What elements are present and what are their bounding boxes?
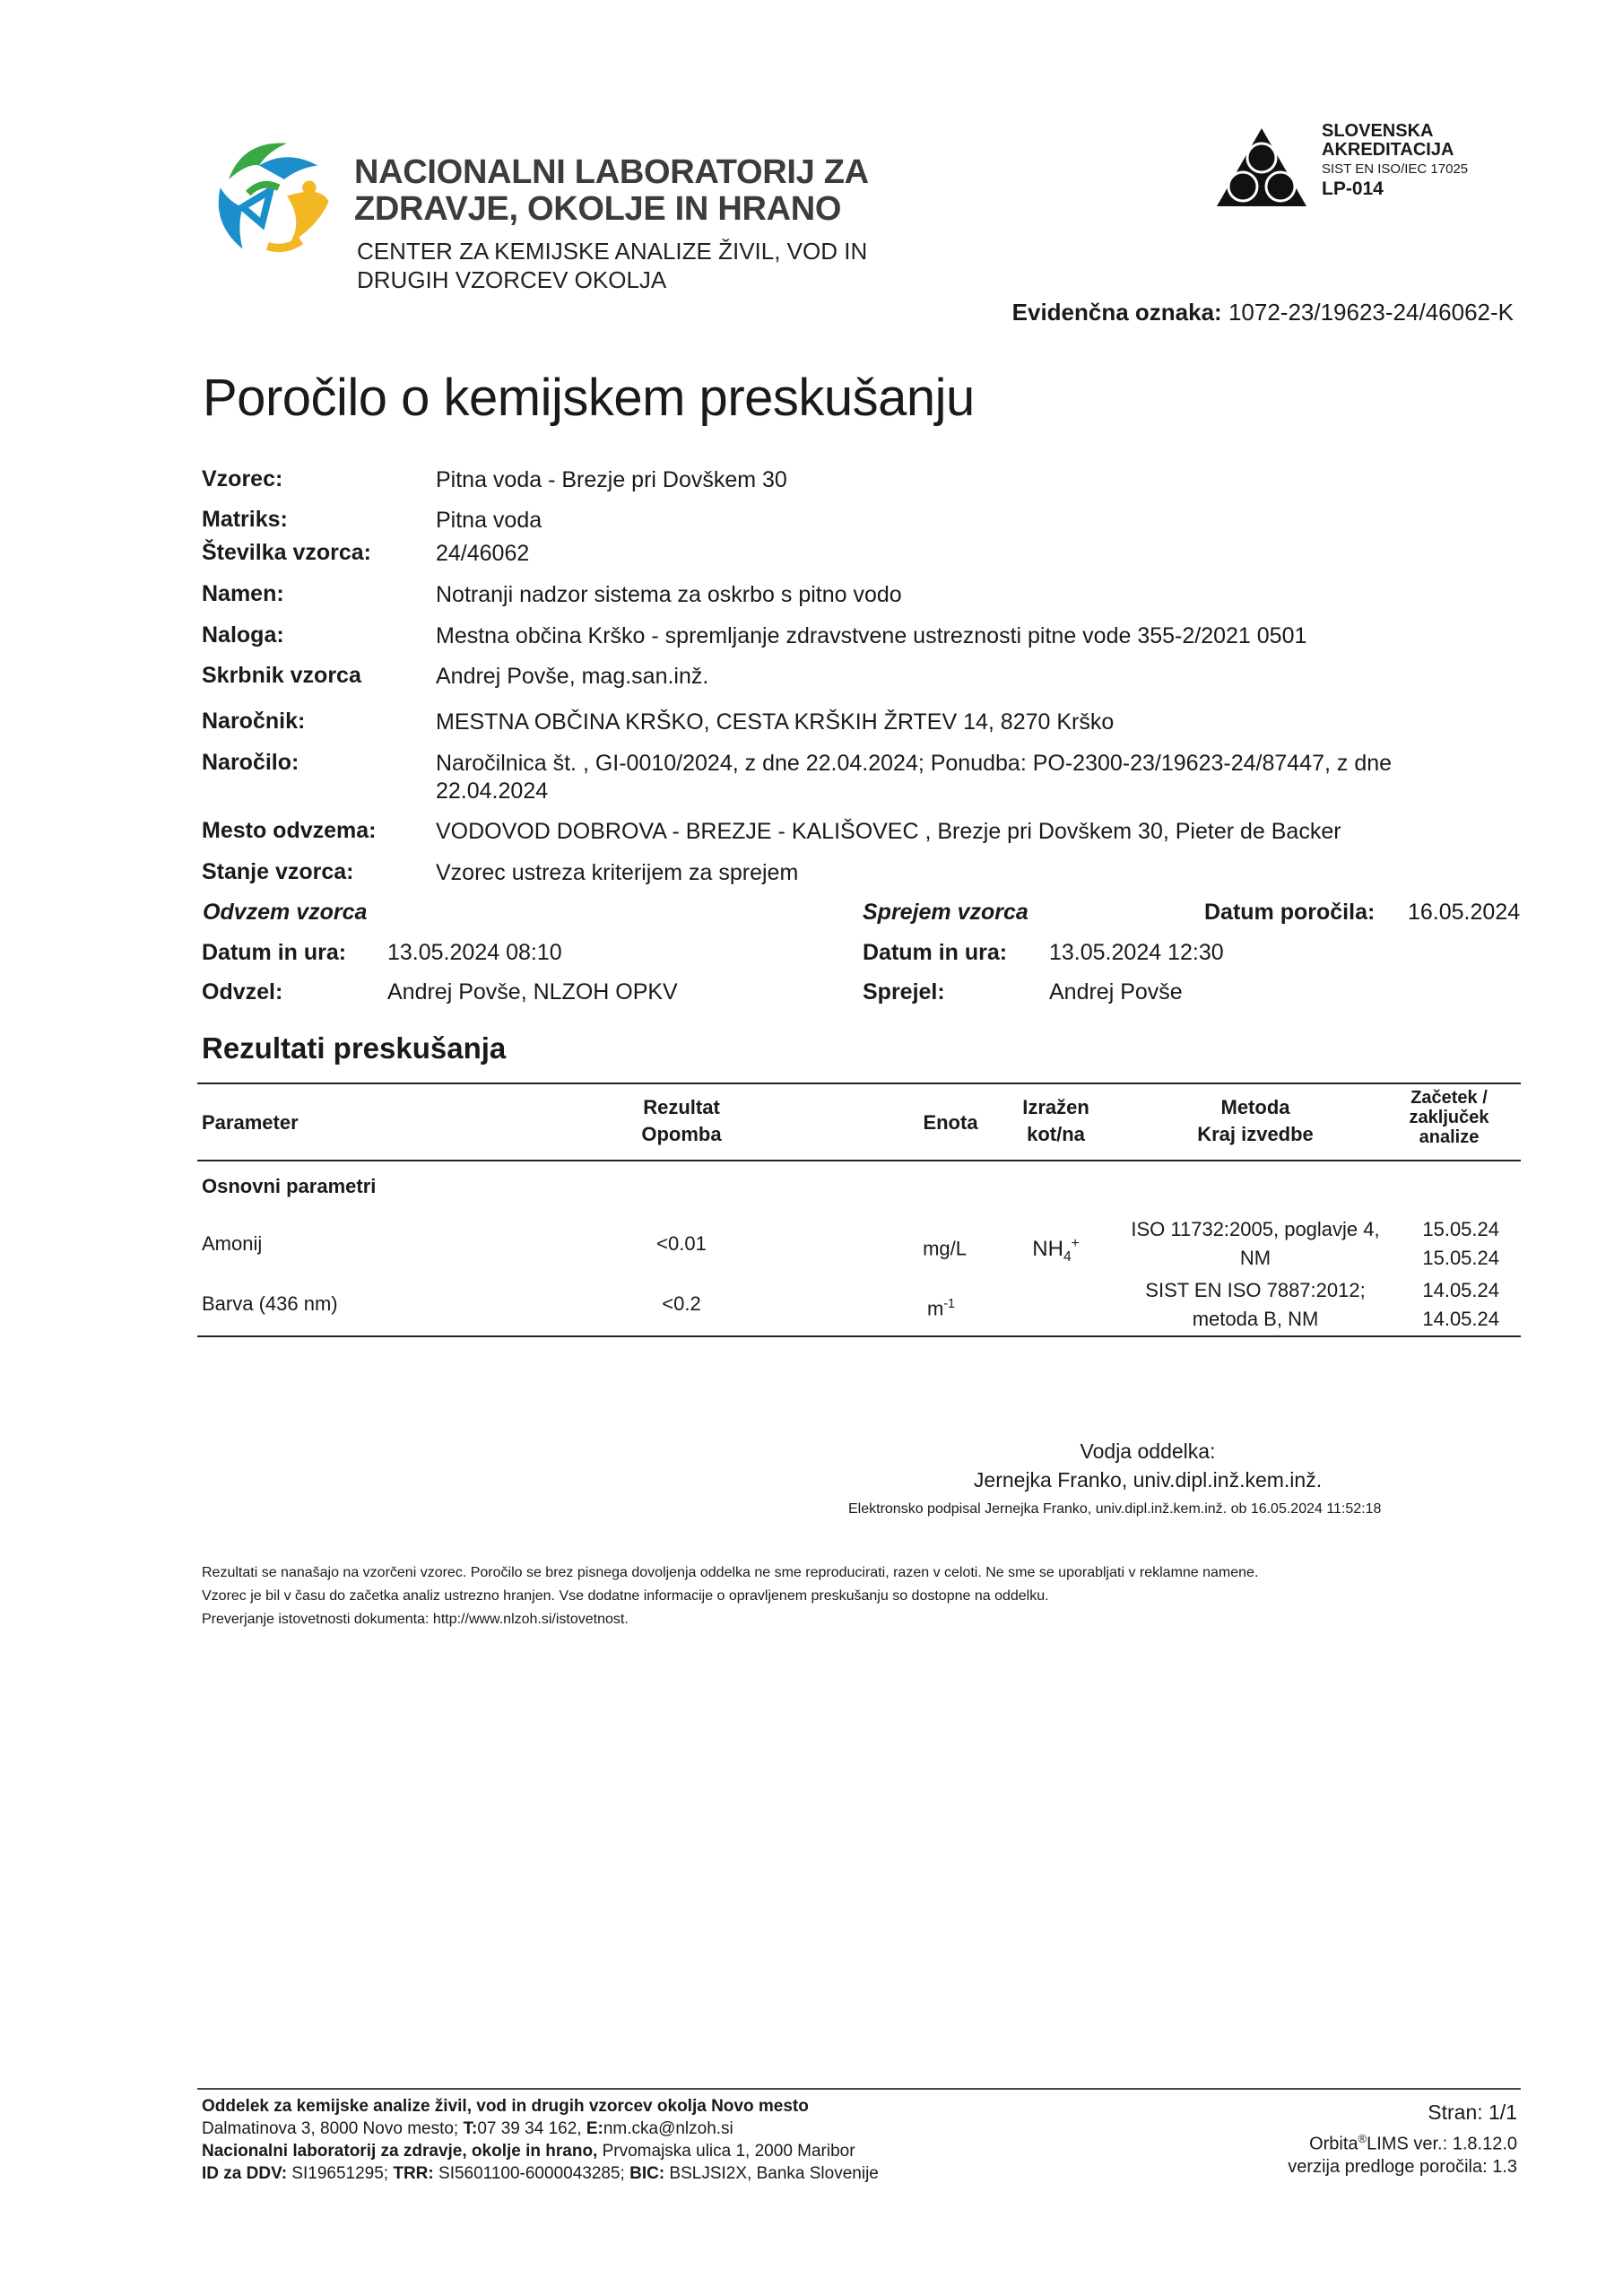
table-bottom-border <box>197 1335 1521 1337</box>
col-dates-line3: analize <box>1399 1127 1499 1147</box>
org-name-line1: NACIONALNI LABORATORIJ ZA <box>354 154 869 191</box>
col-unit: Enota <box>915 1109 986 1136</box>
sample-state-value: Vzorec ustreza kriterijem za sprejem <box>436 859 1512 887</box>
sampled-by-label: Odvzel: <box>202 979 282 1005</box>
order-value: Naročilnica št. , GI-0010/2024, z dne 22… <box>436 750 1485 805</box>
purpose-value: Notranji nadzor sistema za oskrbo s pitn… <box>436 581 1512 609</box>
analysis-end: 15.05.24 <box>1399 1244 1499 1273</box>
sampling-datetime-value: 13.05.2024 08:10 <box>387 940 562 966</box>
accreditation-block: SLOVENSKA AKREDITACIJA SIST EN ISO/IEC 1… <box>1322 122 1468 198</box>
unit-text: m <box>927 1297 943 1319</box>
col-dates-line2: zaključek <box>1399 1108 1499 1127</box>
table-row-method: ISO 11732:2005, poglavje 4, NM <box>1094 1215 1417 1273</box>
sampled-by-value: Andrej Povše, NLZOH OPKV <box>387 979 678 1005</box>
reference-number: Evidenčna oznaka: 1072-23/19623-24/46062… <box>1012 299 1514 326</box>
expressed-sup: + <box>1072 1236 1080 1251</box>
center-line2: DRUGIH VZORCEV OKOLJA <box>357 265 867 294</box>
table-row-unit: m-1 <box>861 1290 955 1323</box>
unit-text: mg/L <box>923 1237 967 1259</box>
signer-name: Jernejka Franko, univ.dipl.inž.kem.inž. <box>897 1465 1399 1494</box>
nlzoh-logo-icon <box>201 124 340 263</box>
matrix-label: Matriks: <box>202 507 288 533</box>
reference-label: Evidenčna oznaka: <box>1012 299 1222 326</box>
lab-name: Nacionalni laboratorij za zdravje, okolj… <box>202 2142 597 2161</box>
table-row-dates: 15.05.24 15.05.24 <box>1399 1215 1499 1273</box>
col-result-line1: Rezultat <box>610 1094 753 1121</box>
sampling-datetime-label: Datum in ura: <box>202 940 346 966</box>
col-expressed: Izražen kot/na <box>1009 1094 1103 1148</box>
received-by-value: Andrej Povše <box>1049 979 1183 1005</box>
footer-dept-name: Oddelek za kemijske analize živil, vod i… <box>202 2095 879 2118</box>
center-name: CENTER ZA KEMIJSKE ANALIZE ŽIVIL, VOD IN… <box>357 237 867 294</box>
footer-meta: Stran: 1/1 Orbita®LIMS ver.: 1.8.12.0 ve… <box>1288 2097 1517 2179</box>
lims-version: Orbita®LIMS ver.: 1.8.12.0 <box>1288 2127 1517 2156</box>
expressed-sub: 4 <box>1063 1249 1072 1265</box>
lims-name: Orbita <box>1309 2135 1358 2154</box>
footer-lab: Nacionalni laboratorij za zdravje, okolj… <box>202 2140 879 2162</box>
sampling-location-label: Mesto odvzema: <box>202 818 376 844</box>
organization-name: NACIONALNI LABORATORIJ ZA ZDRAVJE, OKOLJ… <box>354 154 869 228</box>
disclaimer-line2: Vzorec je bil v času do začetka analiz u… <box>202 1585 1258 1608</box>
task-label: Naloga: <box>202 622 284 648</box>
bic-label: BIC: <box>629 2164 664 2183</box>
custodian-label: Skrbnik vzorca <box>202 663 361 689</box>
method-line1: SIST EN ISO 7887:2012; <box>1094 1276 1417 1305</box>
report-date-value: 16.05.2024 <box>1408 900 1520 926</box>
ddv-value: SI19651295; <box>287 2164 393 2183</box>
task-value: Mestna občina Krško - spremljanje zdravs… <box>436 622 1512 650</box>
method-line1: ISO 11732:2005, poglavje 4, <box>1094 1215 1417 1244</box>
sample-label: Vzorec: <box>202 466 282 492</box>
report-date-label: Datum poročila: <box>1204 900 1375 926</box>
col-dates: Začetek / zaključek analize <box>1399 1088 1499 1147</box>
table-row-parameter: Amonij <box>202 1230 262 1258</box>
analysis-start: 14.05.24 <box>1399 1276 1499 1305</box>
sample-number-value: 24/46062 <box>436 540 1512 568</box>
receipt-datetime-value: 13.05.2024 12:30 <box>1049 940 1224 966</box>
sample-value: Pitna voda - Brezje pri Dovškem 30 <box>436 466 1512 494</box>
analysis-start: 15.05.24 <box>1399 1215 1499 1244</box>
signer-role: Vodja oddelka: <box>897 1437 1399 1465</box>
table-row-dates: 14.05.24 14.05.24 <box>1399 1276 1499 1334</box>
lab-address: Prvomajska ulica 1, 2000 Maribor <box>597 2142 855 2161</box>
ddv-label: ID za DDV: <box>202 2164 287 2183</box>
footer-divider <box>197 2088 1521 2090</box>
receipt-title: Sprejem vzorca <box>863 900 1028 926</box>
bic-value: BSLJSI2X, Banka Slovenije <box>664 2164 879 2183</box>
page-number: Stran: 1/1 <box>1288 2097 1517 2127</box>
col-method-line2: Kraj izvedbe <box>1125 1121 1385 1148</box>
lims-reg: ® <box>1358 2132 1367 2145</box>
accreditation-code: LP-014 <box>1322 179 1468 198</box>
dept-address: Dalmatinova 3, 8000 Novo mesto; <box>202 2119 464 2138</box>
signature-block: Vodja oddelka: Jernejka Franko, univ.dip… <box>897 1437 1399 1494</box>
electronic-signature: Elektronsko podpisal Jernejka Franko, un… <box>848 1501 1381 1518</box>
receipt-datetime-label: Datum in ura: <box>863 940 1007 966</box>
template-version: verzija predloge poročila: 1.3 <box>1288 2156 1517 2179</box>
reference-value: 1072-23/19623-24/46062-K <box>1228 299 1514 326</box>
accreditation-standard: SIST EN ISO/IEC 17025 <box>1322 160 1468 179</box>
col-expressed-line2: kot/na <box>1009 1121 1103 1148</box>
col-method-line1: Metoda <box>1125 1094 1385 1121</box>
footer-dept-address: Dalmatinova 3, 8000 Novo mesto; T:07 39 … <box>202 2118 879 2140</box>
table-row-method: SIST EN ISO 7887:2012; metoda B, NM <box>1094 1276 1417 1334</box>
accreditation-line2: AKREDITACIJA <box>1322 141 1468 160</box>
received-by-label: Sprejel: <box>863 979 945 1005</box>
sampling-title: Odvzem vzorca <box>203 900 367 926</box>
accreditation-line1: SLOVENSKA <box>1322 122 1468 141</box>
order-label: Naročilo: <box>202 750 299 776</box>
trr-label: TRR: <box>393 2164 433 2183</box>
method-line2: metoda B, NM <box>1094 1305 1417 1334</box>
center-line1: CENTER ZA KEMIJSKE ANALIZE ŽIVIL, VOD IN <box>357 237 867 265</box>
unit-sup: -1 <box>943 1297 955 1311</box>
footer-contact: Oddelek za kemijske analize živil, vod i… <box>202 2095 879 2185</box>
org-name-line2: ZDRAVJE, OKOLJE IN HRANO <box>354 191 869 228</box>
table-row-unit: mg/L <box>861 1230 967 1263</box>
table-top-border <box>197 1083 1521 1084</box>
disclaimer: Rezultati se nanašajo na vzorčeni vzorec… <box>202 1561 1258 1631</box>
table-row-result: <0.01 <box>610 1230 753 1258</box>
disclaimer-line1: Rezultati se nanašajo na vzorčeni vzorec… <box>202 1561 1258 1585</box>
tel-value: 07 39 34 162, <box>477 2119 586 2138</box>
email-value[interactable]: nm.cka@nlzoh.si <box>603 2119 733 2138</box>
col-result: Rezultat Opomba <box>610 1094 753 1148</box>
table-row-result: <0.2 <box>610 1290 753 1318</box>
trr-value: SI5601100-6000043285; <box>434 2164 629 2183</box>
col-expressed-line1: Izražen <box>1009 1094 1103 1121</box>
client-label: Naročnik: <box>202 709 305 735</box>
results-title: Rezultati preskušanja <box>202 1031 506 1065</box>
purpose-label: Namen: <box>202 581 284 607</box>
col-method: Metoda Kraj izvedbe <box>1125 1094 1385 1148</box>
page-title: Poročilo o kemijskem preskušanju <box>203 368 975 428</box>
disclaimer-line3[interactable]: Preverjanje istovetnosti dokumenta: http… <box>202 1608 1258 1631</box>
tel-label: T: <box>464 2119 478 2138</box>
table-row-parameter: Barva (436 nm) <box>202 1290 338 1318</box>
analysis-end: 14.05.24 <box>1399 1305 1499 1334</box>
table-row-expressed: NH4+ <box>1009 1230 1103 1272</box>
sampling-location-value: VODOVOD DOBROVA - BREZJE - KALIŠOVEC , B… <box>436 818 1512 846</box>
footer-bank: ID za DDV: SI19651295; TRR: SI5601100-60… <box>202 2162 879 2185</box>
sample-state-label: Stanje vzorca: <box>202 859 354 885</box>
lims-version-text: LIMS ver.: 1.8.12.0 <box>1367 2135 1517 2154</box>
group-title: Osnovni parametri <box>202 1172 376 1201</box>
col-parameter: Parameter <box>202 1109 299 1136</box>
matrix-value: Pitna voda <box>436 507 1512 535</box>
col-result-line2: Opomba <box>610 1121 753 1148</box>
custodian-value: Andrej Povše, mag.san.inž. <box>436 663 1512 691</box>
expressed-text: NH <box>1032 1237 1063 1261</box>
email-label: E: <box>586 2119 603 2138</box>
col-dates-line1: Začetek / <box>1399 1088 1499 1108</box>
client-value: MESTNA OBČINA KRŠKO, CESTA KRŠKIH ŽRTEV … <box>436 709 1512 736</box>
method-line2: NM <box>1094 1244 1417 1273</box>
accreditation-logo-icon <box>1212 124 1311 213</box>
sample-number-label: Številka vzorca: <box>202 540 371 566</box>
table-header-border <box>197 1160 1521 1161</box>
